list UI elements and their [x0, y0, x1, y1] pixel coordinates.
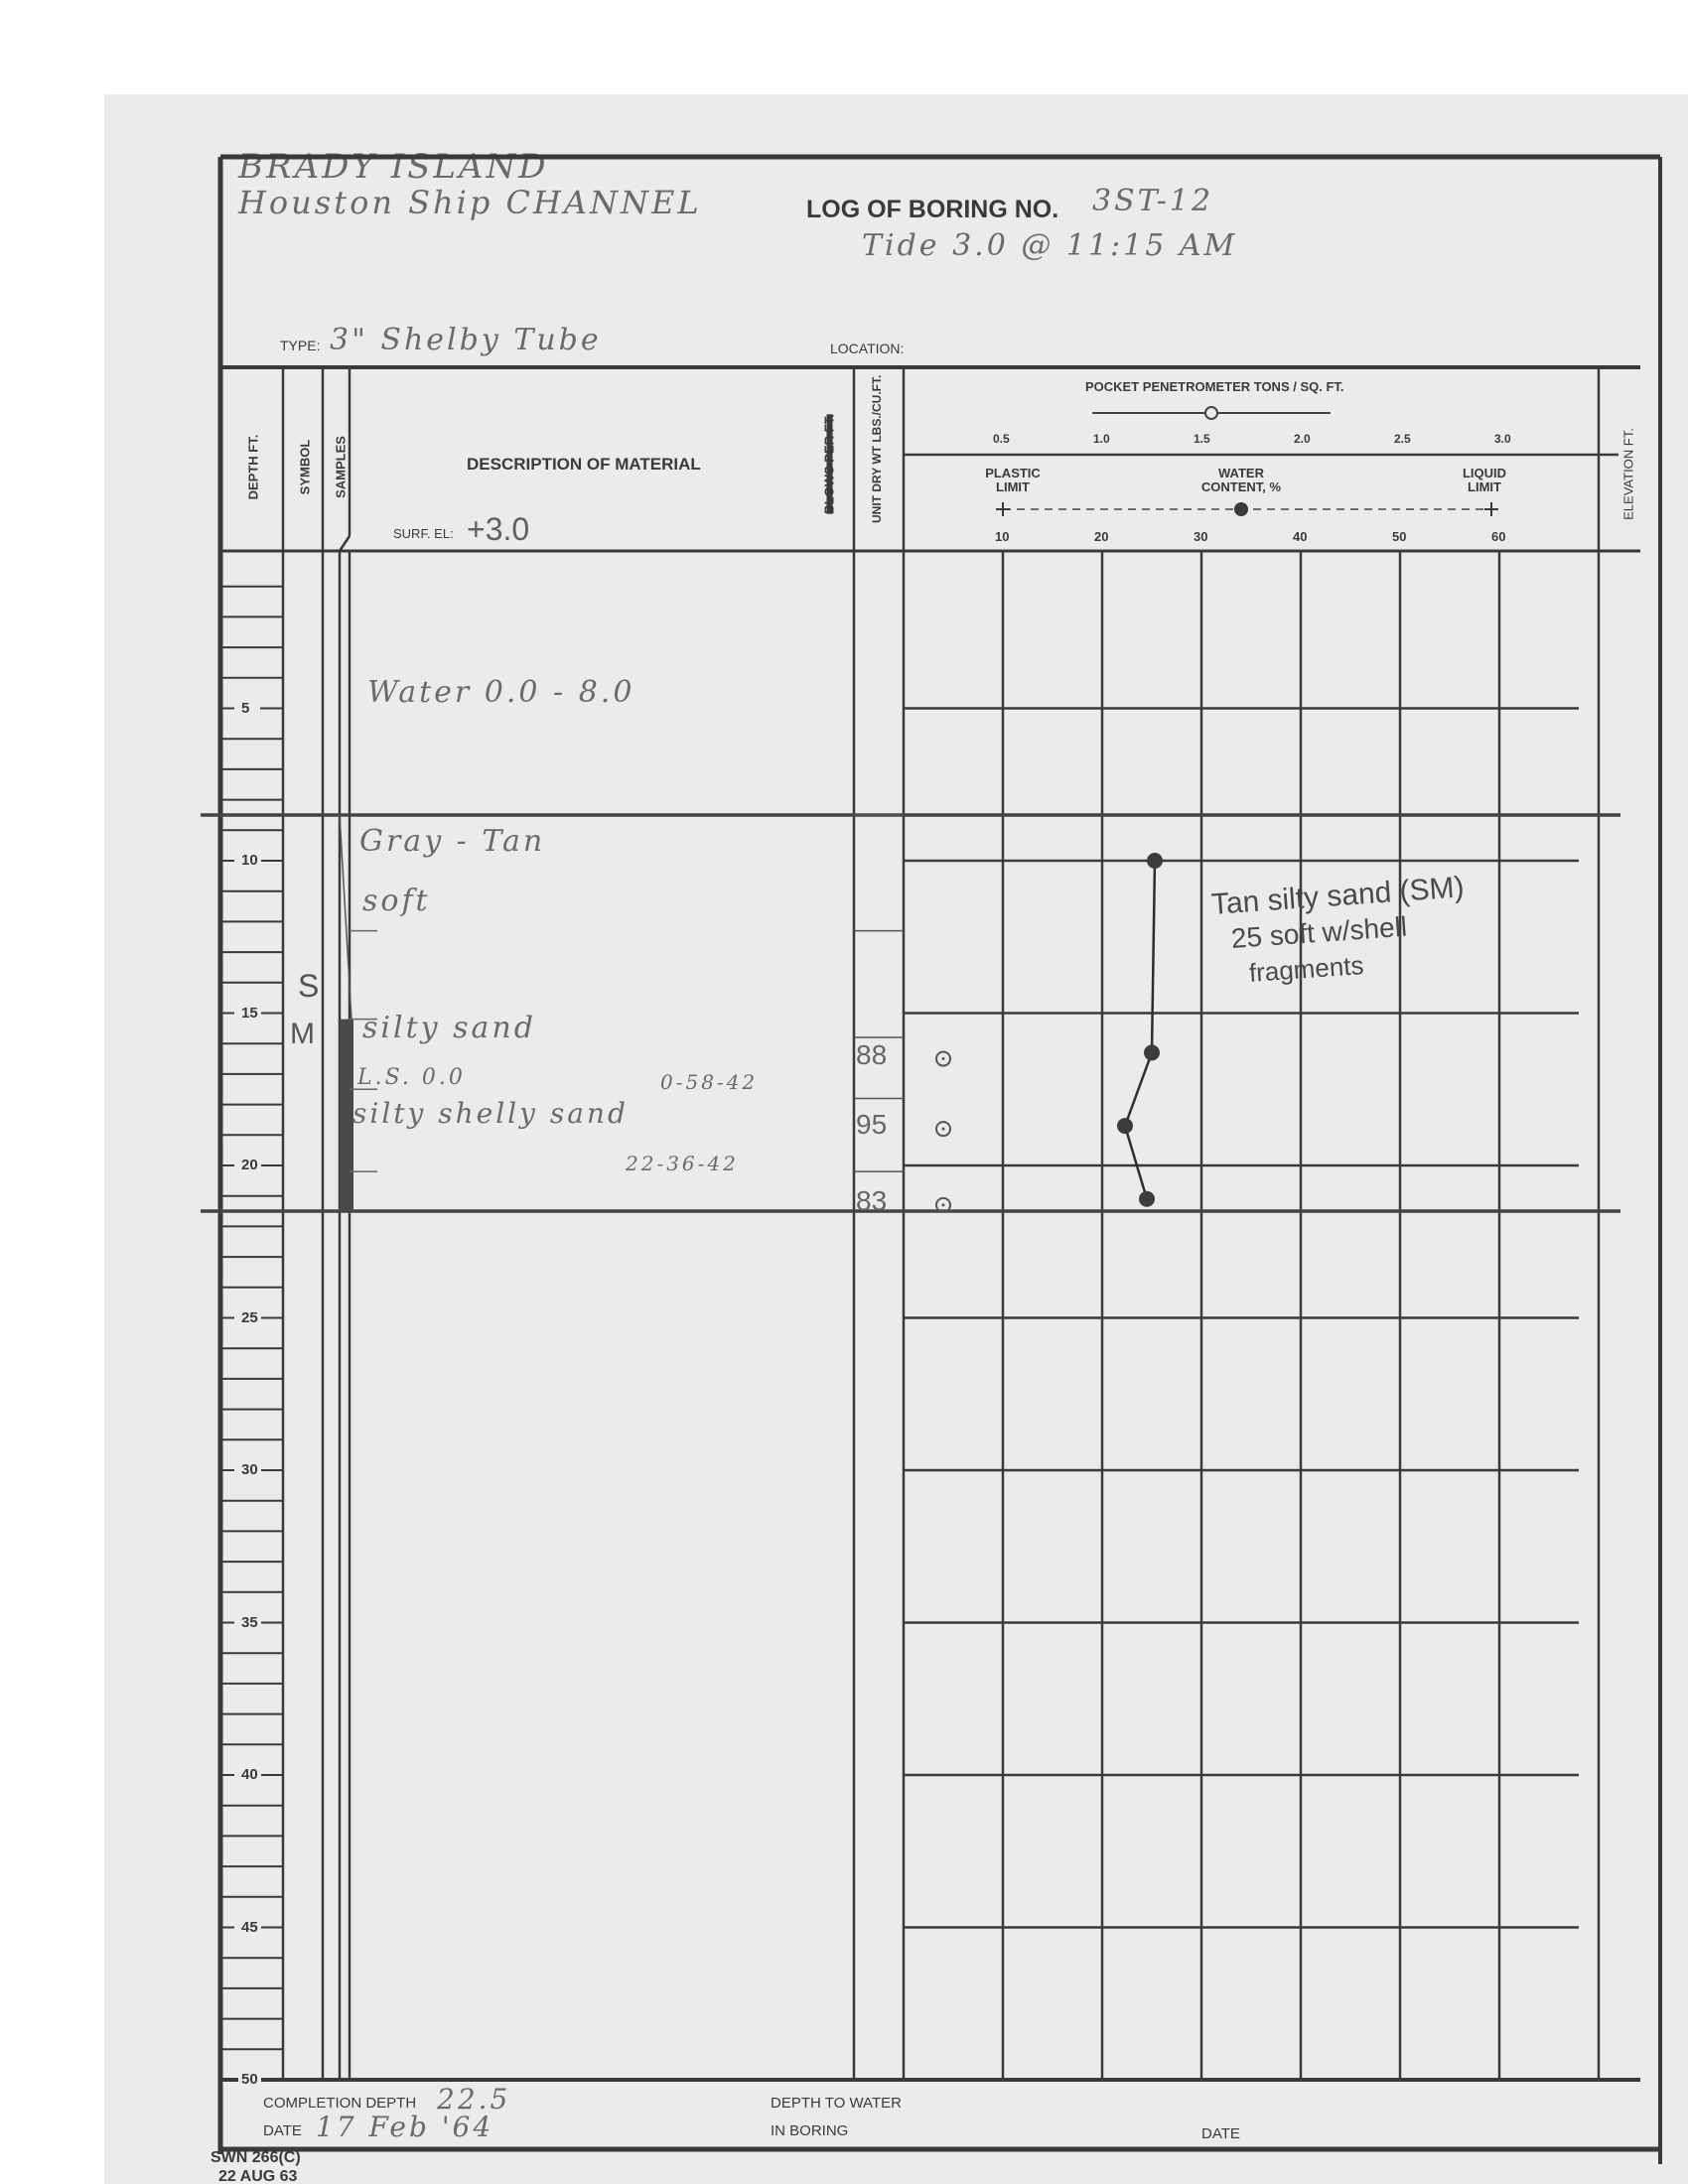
- depth-tick-label: 35: [238, 1614, 261, 1631]
- symbol-column-header: SYMBOL: [298, 423, 313, 512]
- blows-column-header: BLOWS PER FT.: [822, 405, 837, 524]
- water-content-tick: 20: [1094, 529, 1108, 544]
- water-content-tick: 10: [995, 529, 1009, 544]
- depth-tick-label: 20: [238, 1157, 261, 1173]
- depth-tick-label: 5: [238, 700, 252, 717]
- samples-column-header: SAMPLES: [334, 423, 349, 512]
- water-content-tick: 40: [1293, 529, 1307, 544]
- date-label: DATE: [263, 2122, 302, 2139]
- description-gradation-1: 0-58-42: [660, 1070, 758, 1094]
- penetrometer-tick: 3.0: [1494, 432, 1511, 446]
- penetrometer-title: POCKET PENETROMETER TONS / SQ. FT.: [1085, 379, 1344, 394]
- unit-dry-weight-value: 88: [856, 1039, 887, 1071]
- unit-dry-weight-value: 95: [856, 1109, 887, 1141]
- liquid-limit-label: LIQUID LIMIT: [1455, 467, 1514, 494]
- water-content-label: WATER CONTENT, %: [1192, 467, 1291, 494]
- symbol-s: S: [298, 968, 319, 1005]
- description-ls: L.S. 0.0: [357, 1065, 466, 1090]
- description-soft: soft: [362, 884, 431, 918]
- depth-column-header: DEPTH FT.: [246, 423, 261, 512]
- surface-elevation-label: SURF. EL:: [393, 526, 454, 541]
- description-water: Water 0.0 - 8.0: [367, 675, 634, 710]
- symbol-m: M: [290, 1018, 315, 1051]
- depth-tick-label: 10: [238, 852, 261, 869]
- depth-tick-label: 15: [238, 1005, 261, 1022]
- penetrometer-tick: 2.5: [1394, 432, 1411, 446]
- date-value: 17 Feb '64: [316, 2111, 493, 2143]
- elevation-column-header: ELEVATION FT.: [1621, 400, 1636, 549]
- water-content-tick: 30: [1194, 529, 1207, 544]
- unit-dry-weight-column-header: UNIT DRY WT LBS./CU.FT.: [870, 404, 884, 523]
- penetrometer-tick: 2.0: [1294, 432, 1311, 446]
- description-silty-sand: silty sand: [362, 1011, 536, 1045]
- penetrometer-tick: 1.5: [1194, 432, 1210, 446]
- depth-tick-label: 40: [238, 1766, 261, 1783]
- water-content-tick: 60: [1491, 529, 1505, 544]
- description-gray-tan: Gray - Tan: [359, 824, 545, 859]
- boring-log-grid: [0, 0, 1688, 2184]
- form-number: SWN 266(C): [211, 2149, 301, 2167]
- depth-to-water-label: DEPTH TO WATER: [771, 2095, 902, 2112]
- penetrometer-tick: 1.0: [1093, 432, 1110, 446]
- in-boring-label: IN BORING: [771, 2122, 848, 2139]
- form-date: 22 AUG 63: [218, 2168, 297, 2184]
- completion-depth-label: COMPLETION DEPTH: [263, 2095, 416, 2112]
- description-silty-shelly-sand: silty shelly sand: [352, 1097, 629, 1130]
- description-column-header: DESCRIPTION OF MATERIAL: [467, 455, 701, 475]
- depth-tick-label: 30: [238, 1461, 261, 1478]
- description-gradation-2: 22-36-42: [626, 1152, 739, 1175]
- depth-tick-label: 45: [238, 1919, 261, 1936]
- depth-tick-label: 25: [238, 1309, 261, 1326]
- surface-elevation-value: +3.0: [467, 511, 529, 548]
- depth-tick-label: 50: [238, 2071, 261, 2088]
- water-date-label: DATE: [1201, 2125, 1240, 2142]
- unit-dry-weight-value: 83: [856, 1185, 887, 1217]
- plastic-limit-label: PLASTIC LIMIT: [978, 467, 1048, 494]
- water-content-tick: 50: [1392, 529, 1406, 544]
- penetrometer-tick: 0.5: [993, 432, 1010, 446]
